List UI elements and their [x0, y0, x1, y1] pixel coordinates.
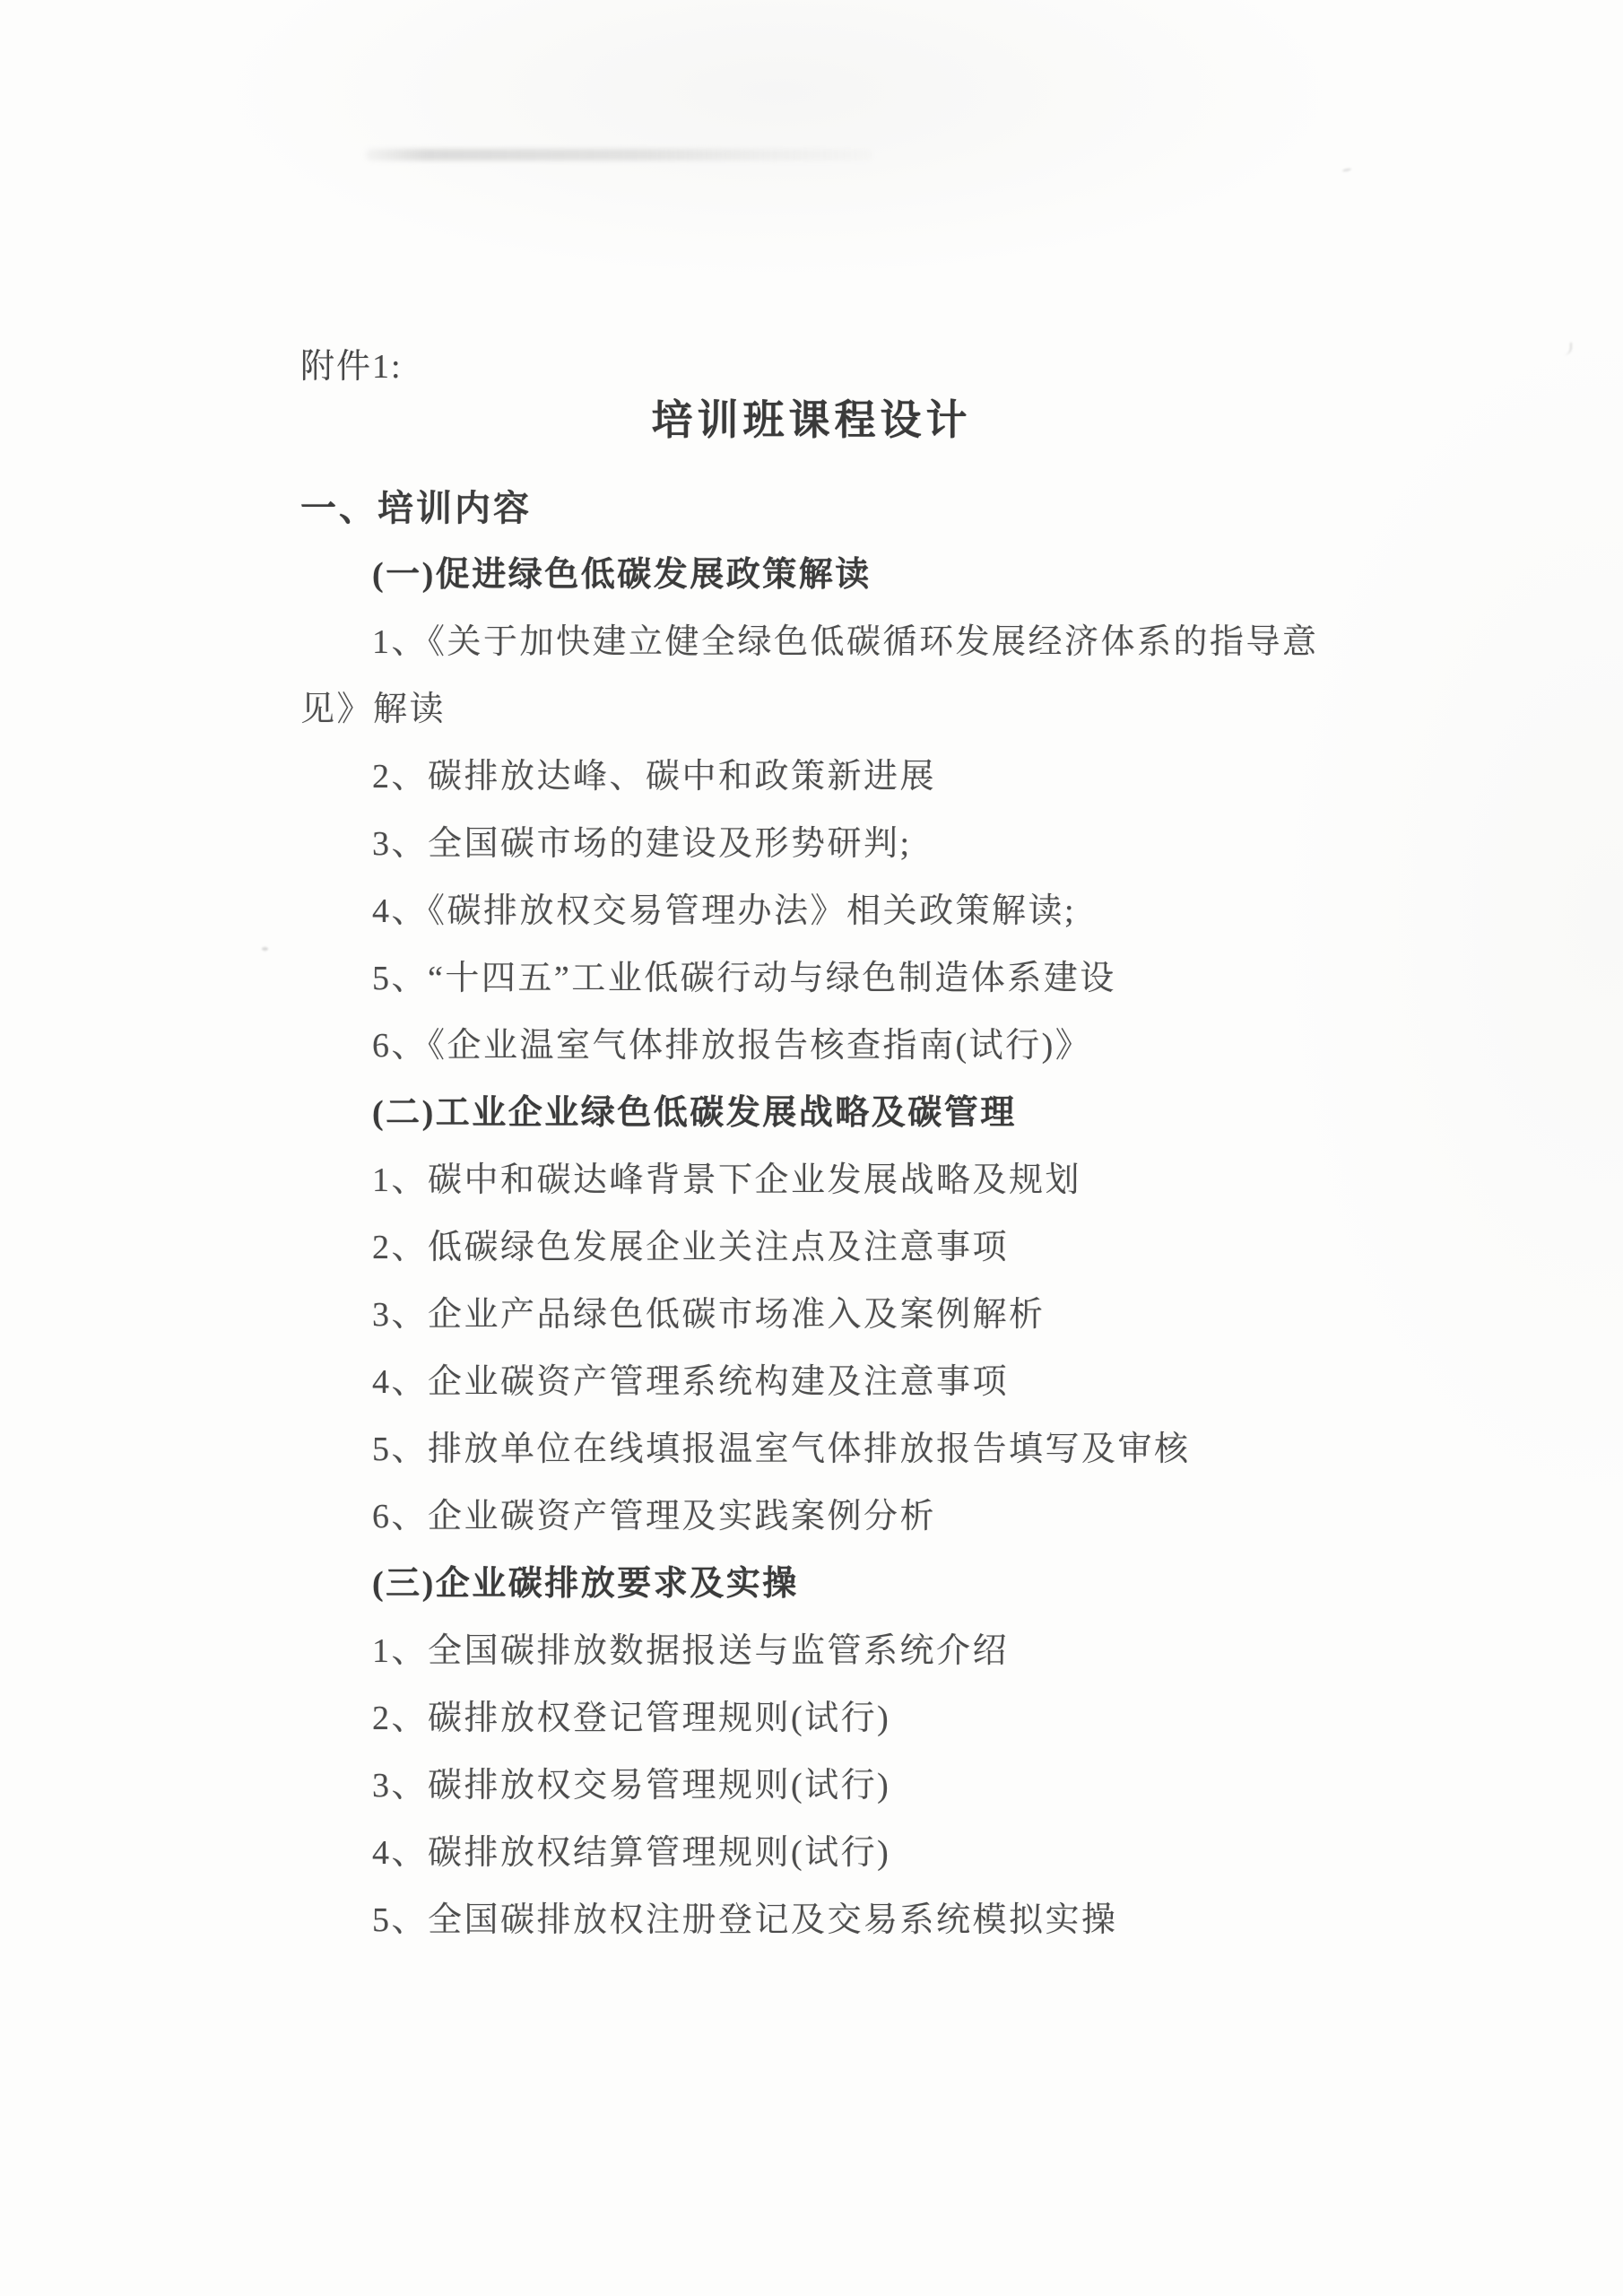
- course-item: 1、《关于加快建立健全绿色低碳循环发展经济体系的指导意见》解读: [300, 609, 1323, 744]
- sections-container: (一)促进绿色低碳发展政策解读1、《关于加快建立健全绿色低碳循环发展经济体系的指…: [300, 542, 1323, 1954]
- course-item: 6、企业碳资产管理及实践案例分析: [300, 1483, 1323, 1551]
- course-item: 6、《企业温室气体排放报告核查指南(试行)》: [300, 1013, 1323, 1080]
- course-item: 2、碳排放权登记管理规则(试行): [300, 1685, 1323, 1752]
- main-heading: 一、培训内容: [300, 487, 1323, 530]
- course-item: 5、排放单位在线填报温室气体排放报告填写及审核: [300, 1416, 1323, 1483]
- course-item: 4、企业碳资产管理系统构建及注意事项: [300, 1349, 1323, 1416]
- document-content: 附件1: 培训班课程设计 一、培训内容 (一)促进绿色低碳发展政策解读1、《关于…: [300, 347, 1323, 1954]
- scan-artifact-smudge: [366, 149, 872, 161]
- course-item: 5、全国碳排放权注册登记及交易系统模拟实操: [300, 1887, 1323, 1954]
- attachment-label: 附件1:: [300, 347, 1323, 387]
- page-title: 培训班课程设计: [300, 395, 1323, 447]
- section-heading: (三)企业碳排放要求及实操: [300, 1551, 1323, 1618]
- scanned-document-page: 附件1: 培训班课程设计 一、培训内容 (一)促进绿色低碳发展政策解读1、《关于…: [0, 0, 1623, 2296]
- course-item: 4、《碳排放权交易管理办法》相关政策解读;: [300, 878, 1323, 945]
- course-item: 3、全国碳市场的建设及形势研判;: [300, 811, 1323, 878]
- course-item: 2、低碳绿色发展企业关注点及注意事项: [300, 1214, 1323, 1282]
- scan-artifact-speck: [1342, 168, 1351, 172]
- section-heading: (一)促进绿色低碳发展政策解读: [300, 542, 1323, 609]
- course-item: 3、碳排放权交易管理规则(试行): [300, 1752, 1323, 1820]
- course-item: 1、碳中和碳达峰背景下企业发展战略及规划: [300, 1147, 1323, 1214]
- section-heading: (二)工业企业绿色低碳发展战略及碳管理: [300, 1080, 1323, 1147]
- course-item: 4、碳排放权结算管理规则(试行): [300, 1820, 1323, 1887]
- course-item: 3、企业产品绿色低碳市场准入及案例解析: [300, 1282, 1323, 1349]
- scan-artifact-speck: [262, 947, 268, 951]
- course-item: 5、“十四五”工业低碳行动与绿色制造体系建设: [300, 945, 1323, 1013]
- course-item: 2、碳排放达峰、碳中和政策新进展: [300, 744, 1323, 811]
- scan-artifact-speck: [1564, 343, 1572, 355]
- course-item: 1、全国碳排放数据报送与监管系统介绍: [300, 1618, 1323, 1685]
